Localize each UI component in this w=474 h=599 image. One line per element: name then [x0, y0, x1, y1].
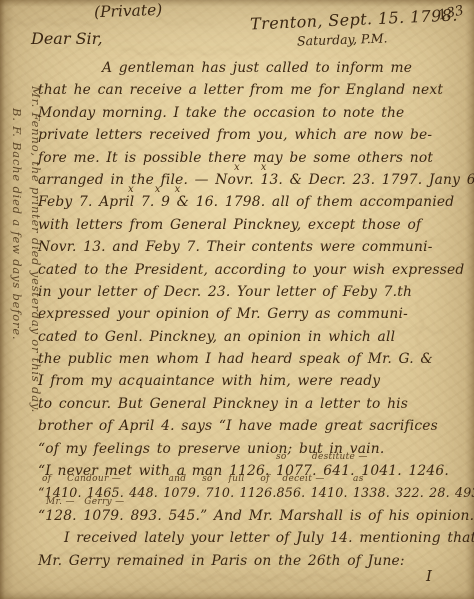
salutation: Dear Sir, [31, 29, 103, 48]
letter-line: Mr. Gerry remained in Paris on the 26th … [38, 550, 474, 572]
letter-line: x x arranged in the file. — Novr. 13. & … [38, 169, 474, 191]
letter-line-text: Feby 7. April 7. 9 & 16. 1798. all of th… [38, 194, 454, 210]
interlinear-decode: so destitute — [276, 453, 368, 462]
letter-line: the public men whom I had heard speak of… [38, 348, 474, 370]
letter-line: private letters received from you, which… [38, 124, 474, 146]
letter-line-text: arranged in the file. — Novr. 13. & Decr… [38, 172, 474, 188]
letter-line: cated to the President, according to you… [38, 259, 474, 281]
letter-line: Monday morning. I take the occasion to n… [38, 102, 474, 124]
letter-line: I received lately your letter of July 14… [38, 527, 474, 549]
letter-line: to concur. But General Pinckney in a let… [38, 393, 474, 415]
letter-line: expressed your opinion of Mr. Gerry as c… [38, 303, 474, 325]
letter-line: with letters from General Pinckney, exce… [38, 214, 474, 236]
letter-line: cated to Genl. Pinckney, an opinion in w… [38, 326, 474, 348]
margin-note-line-2: B. F. Bache died a few days before. [7, 86, 26, 562]
letter-page: (Private) Trenton, Sept. 15. 1798. Satur… [0, 0, 474, 599]
letter-line: x x x Feby 7. April 7. 9 & 16. 1798. all… [38, 191, 474, 213]
private-label: (Private) [94, 1, 163, 21]
letter-line: in your letter of Decr. 23. Your letter … [38, 281, 474, 303]
letter-line: Novr. 13. and Feby 7. Their contents wer… [38, 236, 474, 258]
letter-line-text: “128. 1079. 893. 545.” And Mr. Marshall … [38, 508, 474, 524]
letter-line: that he can receive a letter from me for… [38, 79, 474, 101]
interlinear-decode: Mr. — Gerry — [46, 498, 124, 507]
letter-line: Mr. — Gerry — “128. 1079. 893. 545.” And… [38, 505, 474, 527]
x-tally-marks: x x x [128, 185, 181, 194]
letter-body: A gentleman has just called to inform me… [38, 57, 474, 572]
interlinear-decode: of Candour — and so full of deceit — as [42, 475, 364, 484]
x-tally-marks: x x [234, 163, 267, 172]
letter-line: A gentleman has just called to inform me [38, 57, 474, 79]
catchword: I [426, 567, 432, 585]
letter-line: I from my acquaintance with him, were re… [38, 370, 474, 392]
letter-line: brother of April 4. says “I have made gr… [38, 415, 474, 437]
letter-line: “of my feelings to preserve union; but i… [38, 438, 474, 460]
day-time-label: Saturday, P.M. [297, 30, 388, 48]
